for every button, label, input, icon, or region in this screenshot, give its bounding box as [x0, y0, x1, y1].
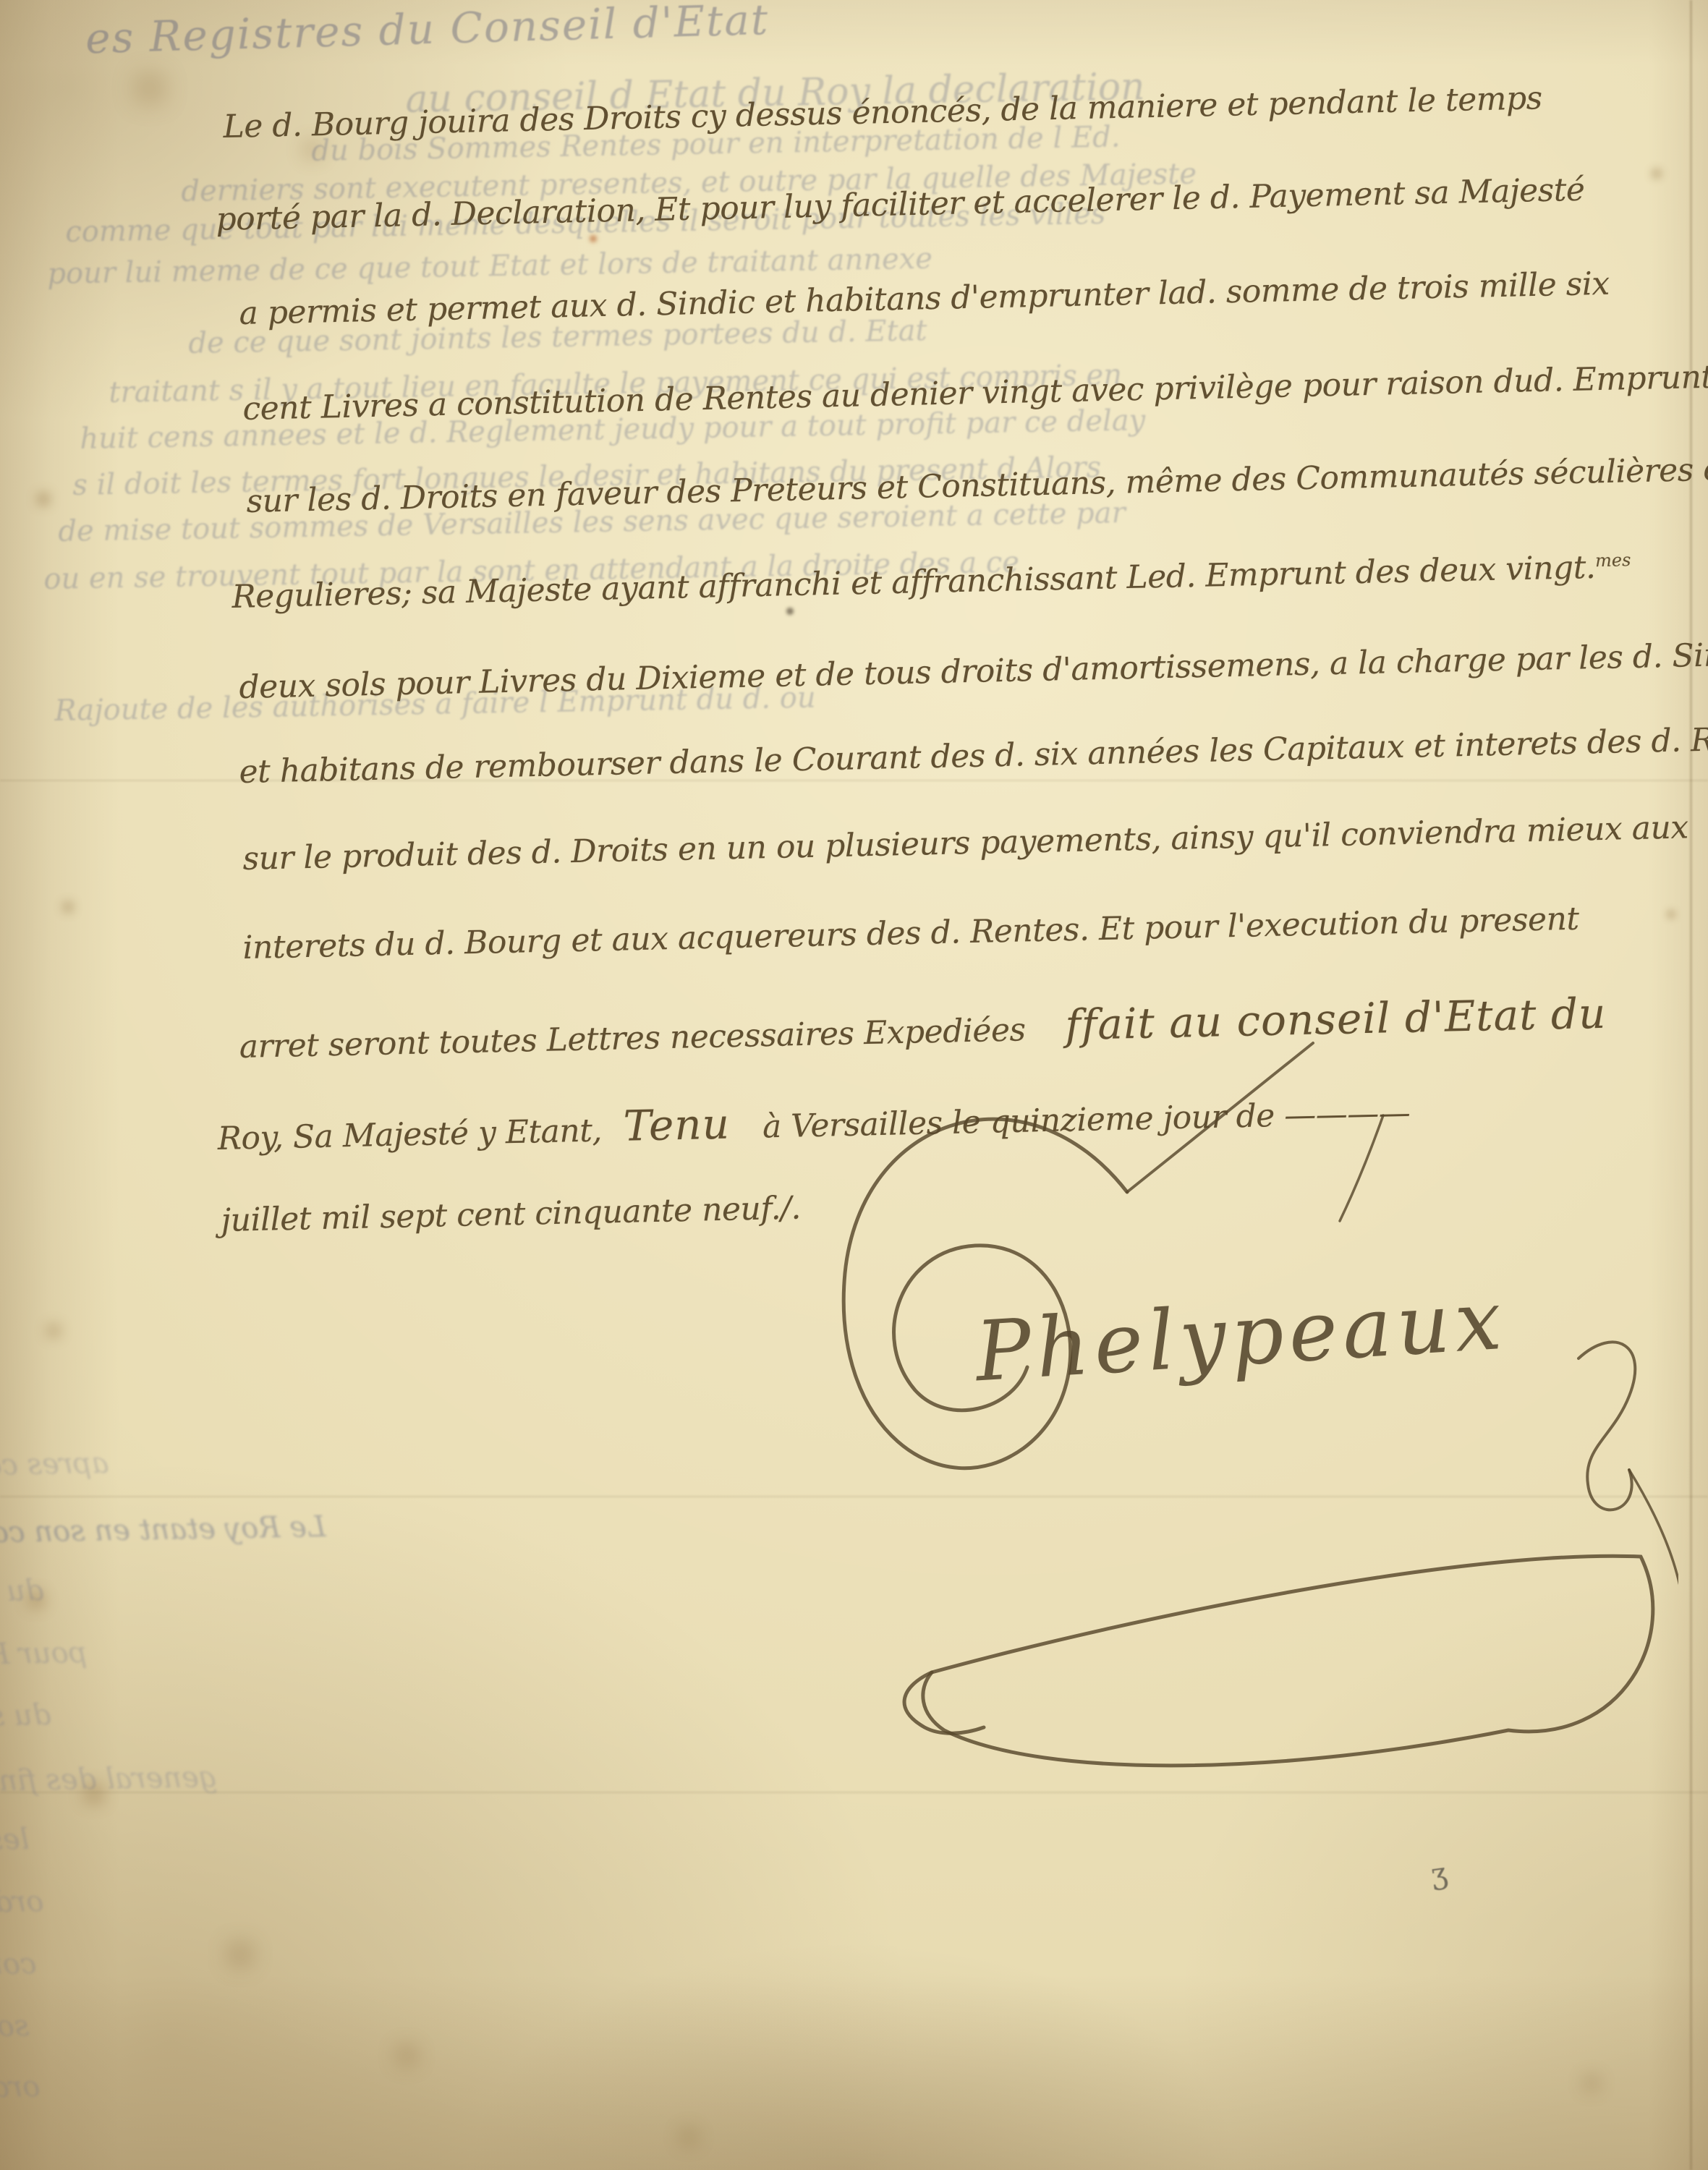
bleedthrough-line: Le Roy etant en son conseil a accepte et…	[0, 1510, 326, 1562]
bleedthrough-line: du deniers en ce remboursement aussi les…	[0, 1574, 44, 1632]
bleedthrough-line: du sieur de Thouelle Conseiller ordinair…	[0, 1698, 51, 1755]
manuscript-page: es Registres du Conseil d'Etat au consei…	[0, 0, 1708, 2170]
page-edge-line	[1690, 0, 1692, 2170]
foxing-stains	[0, 0, 3, 3]
bleedthrough-line: pour Ratisse ville sept entre reciproque…	[0, 1636, 88, 1691]
bleedthrough-line: comptant et que de l an mille comme c es…	[0, 1947, 37, 2005]
superscript-mes: mes	[1595, 550, 1631, 571]
bleedthrough-line: les offres faites par les d. Sindic et h…	[0, 1823, 30, 1881]
manuscript-line-10: interets du d. Bourg et aux acquereurs d…	[242, 901, 1579, 966]
bleedthrough-header: es Registres du Conseil d'Etat	[85, 0, 770, 63]
ink-blot: ʒ	[1429, 1857, 1450, 1892]
line-12-regular: Roy, Sa Majesté y Etant,	[217, 1112, 602, 1157]
manuscript-line-7: deux sols pour Livres du Dixieme et de t…	[239, 636, 1708, 706]
manuscript-line-9: sur le produit des d. Droits en un ou pl…	[242, 809, 1688, 877]
bleedthrough-line: ordonne qu en payant pour cent la somme …	[0, 1885, 44, 1942]
bleedthrough-line: general des finances le Roy etant en son…	[0, 1761, 218, 1813]
bleedthrough-line: ordonne du d. en deux mil huit cent trai…	[0, 2070, 41, 2128]
bleedthrough-line: sommes sur les foires ou cens pourra pro…	[0, 2009, 30, 2068]
signature-block: Phelypeaux	[637, 1034, 1678, 1808]
signature-flourish	[637, 1034, 1678, 1808]
